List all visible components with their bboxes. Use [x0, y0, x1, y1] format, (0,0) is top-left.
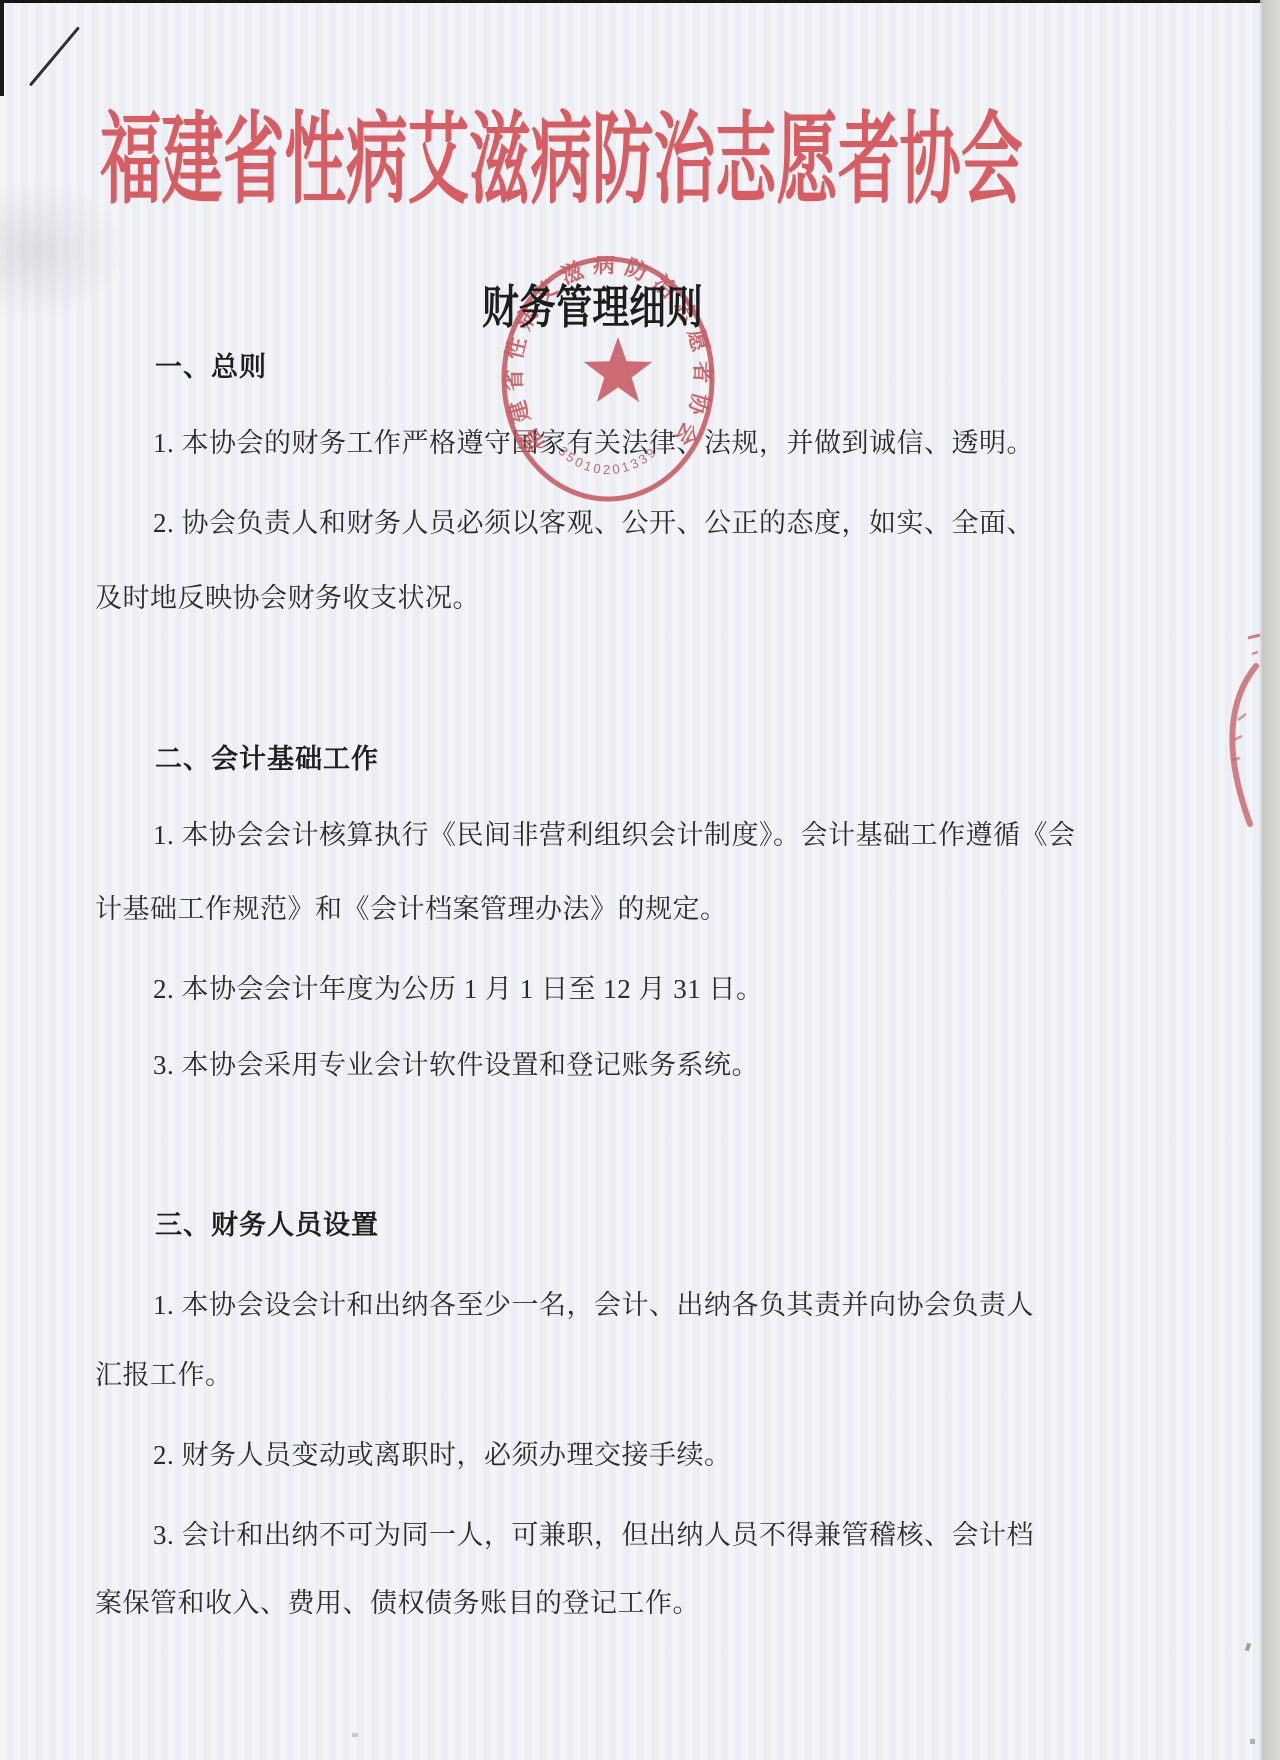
seal-serial-number: 35010201339: [555, 443, 660, 477]
scan-edge-left: [0, 0, 4, 96]
document-title: 财务管理细则: [482, 284, 703, 330]
scan-speck: [1245, 1643, 1251, 1652]
paragraph-line: 3. 会计和出纳不可为同一人，可兼职，但出纳人员不得兼管稽核、会计档: [153, 1520, 1034, 1550]
paragraph-line: 1. 本协会会计核算执行《民间非营利组织会计制度》。会计基础工作遵循《会: [153, 820, 1076, 850]
paragraph-line: 汇报工作。: [95, 1360, 233, 1390]
seal-fragment-arc: [1232, 666, 1256, 824]
paragraph-line: 及时地反映协会财务收支状况。: [95, 583, 480, 613]
paragraph-line: 2. 协会负责人和财务人员必须以客观、公开、公正的态度，如实、全面、: [153, 508, 1034, 538]
seal-fragment-mark: [1252, 652, 1258, 654]
svg-text:35010201339: 35010201339: [555, 443, 660, 477]
paragraph-line: 计基础工作规范》和《会计档案管理办法》的规定。: [95, 894, 728, 924]
paragraph-line: 3. 本协会采用专业会计软件设置和登记账务系统。: [153, 1050, 759, 1080]
scan-speck: [352, 1733, 358, 1737]
scanned-document-page: 福建省性病艾滋病防治志愿者协会 福建省性病艾滋病防治志愿者协会 35010201…: [0, 0, 1280, 1760]
section-heading-accounting: 二、会计基础工作: [155, 744, 379, 774]
paragraph-line: 案保管和收入、费用、债权债务账目的登记工作。: [95, 1588, 700, 1618]
paragraph-line: 2. 财务人员变动或离职时，必须办理交接手续。: [153, 1440, 732, 1470]
paragraph-line: 2. 本协会会计年度为公历 1 月 1 日至 12 月 31 日。: [153, 974, 764, 1004]
scan-speck: [1250, 1739, 1255, 1744]
pen-stroke-artifact: [29, 26, 80, 86]
seal-fragment-mark: [1248, 635, 1260, 638]
scan-edge-top: [0, 0, 1280, 3]
section-heading-personnel: 三、财务人员设置: [155, 1210, 379, 1240]
scan-edge-right: [1262, 0, 1280, 1760]
seal-star-icon: [584, 337, 652, 402]
section-heading-general: 一、总则: [155, 352, 267, 382]
paragraph-line: 1. 本协会设会计和出纳各至少一名，会计、出纳各负其责并向协会负责人: [153, 1290, 1034, 1320]
organization-title: 福建省性病艾滋病防治志愿者协会: [100, 110, 1023, 210]
partial-seal-fragment: [1208, 628, 1268, 833]
